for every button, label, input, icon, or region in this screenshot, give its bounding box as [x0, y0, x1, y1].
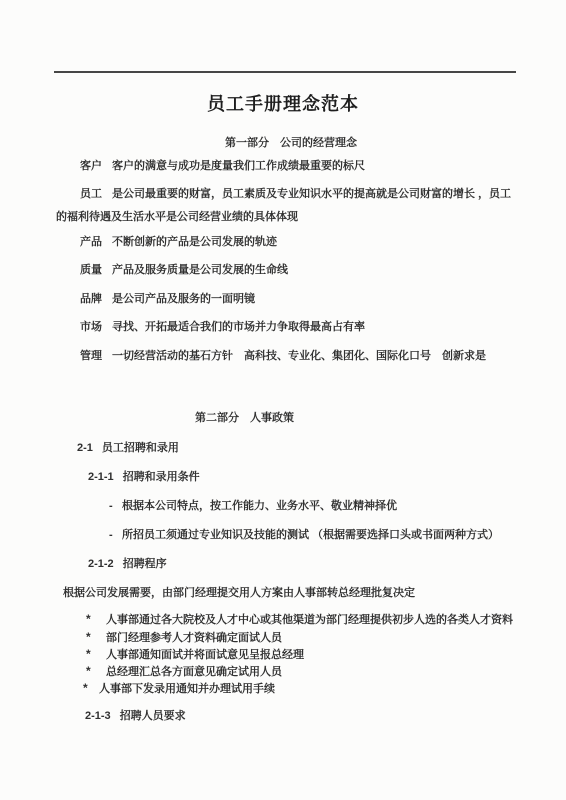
principle-brand: 品牌是公司产品及服务的一面明镜 — [56, 288, 520, 311]
principle-text: 一切经营活动的基石方针 高科技、专业化、集团化、国际化口号 创新求是 — [112, 350, 486, 362]
step-text: 总经理汇总各方面意见确定试用人员 — [106, 666, 282, 678]
recruit-procedure-step: *人事部下发录用通知并办理试用手续 — [83, 680, 275, 696]
section-title: 招聘人员要求 — [120, 710, 186, 722]
section-2-1-3-heading: 2-1-3招聘人员要求 — [85, 707, 186, 723]
principle-text: 寻找、开拓最适合我们的市场并力争取得最高占有率 — [112, 321, 365, 333]
recruit-procedure-step: *总经理汇总各方面意见确定试用人员 — [86, 663, 282, 679]
star-bullet: * — [86, 647, 106, 661]
section-title: 招聘程序 — [123, 558, 167, 570]
section-number: 2-1 — [77, 442, 93, 454]
step-text: 人事部通知面试并将面试意见呈报总经理 — [106, 649, 304, 661]
dash-bullet: - — [109, 529, 122, 541]
principle-label: 产品 — [80, 236, 102, 248]
part2-heading-name: 人事政策 — [250, 412, 294, 424]
principle-text: 客户的满意与成功是度量我们工作成绩最重要的标尺 — [112, 160, 365, 172]
principle-quality: 质量产品及服务质量是公司发展的生命线 — [56, 259, 520, 282]
step-text: 人事部下发录用通知并办理试用手续 — [99, 683, 275, 695]
dash-bullet: - — [109, 500, 122, 512]
part2-heading: 第二部分人事政策 — [195, 409, 294, 425]
principle-text: 是公司最重要的财富，员工素质及专业知识水平的提高就是公司财富的增长 ，员工的福利… — [56, 188, 511, 223]
section-title: 员工招聘和录用 — [102, 442, 179, 454]
principle-label: 员工 — [80, 188, 102, 200]
part1-heading-name: 公司的经营理念 — [280, 137, 357, 149]
document-page: 员工手册理念范本 第一部分公司的经营理念 客户客户的满意与成功是度量我们工作成绩… — [0, 0, 566, 800]
section-number: 2-1-1 — [88, 471, 114, 483]
principle-management: 管理一切经营活动的基石方针 高科技、专业化、集团化、国际化口号 创新求是 — [56, 345, 520, 368]
principle-label: 客户 — [80, 160, 102, 172]
step-text: 部门经理参考人才资料确定面试人员 — [106, 632, 282, 644]
section-number: 2-1-2 — [88, 558, 114, 570]
section-number: 2-1-3 — [85, 710, 111, 722]
principle-customer: 客户客户的满意与成功是度量我们工作成绩最重要的标尺 — [56, 155, 520, 178]
principle-text: 是公司产品及服务的一面明镜 — [112, 293, 255, 305]
step-text: 人事部通过各大院校及人才中心或其他渠道为部门经理提供初步人选的各类人才资料 — [106, 614, 513, 626]
document-title: 员工手册理念范本 — [0, 90, 566, 116]
section-2-1-2-heading: 2-1-2招聘程序 — [88, 555, 167, 571]
principle-text: 产品及服务质量是公司发展的生命线 — [112, 264, 288, 276]
principle-market: 市场寻找、开拓最适合我们的市场并力争取得最高占有率 — [56, 316, 520, 339]
principle-label: 质量 — [80, 264, 102, 276]
principle-product: 产品不断创新的产品是公司发展的轨迹 — [56, 231, 520, 254]
star-bullet: * — [83, 681, 99, 695]
header-rule — [54, 71, 516, 73]
principle-label: 市场 — [80, 321, 102, 333]
star-bullet: * — [86, 664, 106, 678]
section-2-1-1-heading: 2-1-1招聘和录用条件 — [88, 468, 200, 484]
part1-heading: 第一部分公司的经营理念 — [225, 134, 357, 150]
condition-text: 根据本公司特点，按工作能力、业务水平、敬业精神择优 — [122, 500, 397, 512]
recruit-procedure-step: *人事部通知面试并将面试意见呈报总经理 — [86, 646, 304, 662]
principle-label: 品牌 — [80, 293, 102, 305]
condition-text: 所招员工须通过专业知识及技能的测试 （根据需要选择口头或书面两种方式） — [122, 529, 499, 541]
recruit-procedure-step: *人事部通过各大院校及人才中心或其他渠道为部门经理提供初步人选的各类人才资料 — [86, 611, 513, 627]
procedure-intro: 根据公司发展需要，由部门经理提交用人方案由人事部转总经理批复决定 — [63, 584, 415, 600]
recruit-condition-item: -根据本公司特点，按工作能力、业务水平、敬业精神择优 — [109, 497, 397, 513]
recruit-condition-item: -所招员工须通过专业知识及技能的测试 （根据需要选择口头或书面两种方式） — [109, 526, 499, 542]
star-bullet: * — [86, 630, 106, 644]
section-title: 招聘和录用条件 — [123, 471, 200, 483]
recruit-procedure-step: *部门经理参考人才资料确定面试人员 — [86, 629, 282, 645]
principle-employee: 员工是公司最重要的财富，员工素质及专业知识水平的提高就是公司财富的增长 ，员工的… — [56, 183, 520, 229]
part1-heading-number: 第一部分 — [225, 137, 269, 149]
principle-text: 不断创新的产品是公司发展的轨迹 — [112, 236, 277, 248]
star-bullet: * — [86, 612, 106, 626]
principle-label: 管理 — [80, 350, 102, 362]
section-2-1-heading: 2-1员工招聘和录用 — [77, 439, 179, 455]
part2-heading-number: 第二部分 — [195, 412, 239, 424]
